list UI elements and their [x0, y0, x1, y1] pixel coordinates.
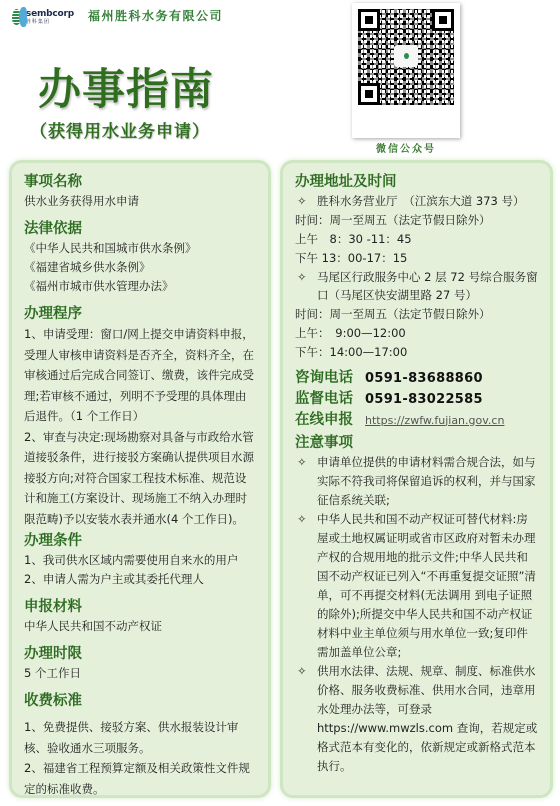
note-item: ✧ 中华人民共和国不动产权证可替代材料:房屋或土地权属证明或省市区政府对暂未办理… [295, 510, 538, 662]
afternoon-hours: 下午：14:00—17:00 [295, 343, 538, 362]
notes-heading: 注意事项 [295, 434, 538, 453]
location-item: ✧ 胜科水务营业厅 （江滨东大道 373 号） [295, 192, 538, 211]
qr-code-icon[interactable] [358, 9, 454, 105]
time-limit-heading: 办理时限 [24, 645, 256, 664]
logo-english-name: sembcorp [26, 10, 74, 19]
diamond-bullet-icon: ✧ [295, 662, 317, 776]
right-info-panel: 办理地址及时间 ✧ 胜科水务营业厅 （江滨东大道 373 号） 时间：周一至周五… [283, 163, 550, 795]
diamond-bullet-icon: ✧ [295, 192, 317, 211]
qr-finder-top-left [358, 9, 380, 31]
condition-item: 1、我司供水区域内需要使用自来水的用户 [24, 551, 256, 570]
supervise-phone-number[interactable]: 0591-83022585 [365, 389, 483, 410]
page-subtitle: （获得用水业务申请） [30, 117, 210, 142]
address-heading: 办理地址及时间 [295, 173, 538, 192]
note-item: ✧ 供用水法律、法规、规章、制度、标准供水价格、服务收费标准、供用水合同，违章用… [295, 662, 538, 776]
materials-heading: 申报材料 [24, 598, 256, 617]
fees-heading: 收费标准 [24, 692, 256, 711]
supervise-phone-row: 监督电话 0591-83022585 [295, 389, 538, 410]
location-text: 马尾区行政服务中心 2 层 72 号综合服务窗口（马尾区快安湖里路 27 号） [317, 268, 538, 305]
sembcorp-logo: sembcorp 胜科集团 [12, 4, 74, 30]
note-text: 供用水法律、法规、规章、制度、标准供水价格、服务收费标准、供用水合同，违章用水处… [317, 662, 538, 776]
online-apply-label: 在线申报 [295, 410, 365, 431]
procedure-step: 1、申请受理：窗口/网上提交申请资料申报，受理人审核申请资料是否齐全，资料齐全，… [24, 324, 256, 427]
hours-text: 时间：周一至周五（法定节假日除外） [295, 305, 538, 324]
qr-finder-bottom-left [358, 83, 380, 105]
left-info-panel: 事项名称 供水业务获得用水申请 法律依据 《中华人民共和国城市供水条例》 《福建… [12, 163, 268, 795]
qr-center-logo-icon [394, 45, 418, 67]
note-text: 中华人民共和国不动产权证可替代材料:房屋或土地权属证明或省市区政府对暂未办理产权… [317, 510, 538, 662]
qr-caption: 微信公众号 [352, 140, 460, 155]
logo-chinese-name: 胜科集团 [26, 20, 74, 25]
conditions-heading: 办理条件 [24, 532, 256, 551]
legal-basis-item: 《中华人民共和国城市供水条例》 [24, 239, 256, 258]
afternoon-hours: 下午 13：00-17：15 [295, 249, 538, 268]
legal-basis-item: 《福建省城乡供水条例》 [24, 258, 256, 277]
diamond-bullet-icon: ✧ [295, 268, 317, 305]
note-item: ✧ 申请单位提供的申请材料需合规合法，如与实际不符我司将保留追诉的权利，并与国家… [295, 453, 538, 510]
online-apply-link[interactable]: https://zwfw.fujian.gov.cn [365, 410, 504, 431]
item-name-heading: 事项名称 [24, 173, 256, 192]
location-text: 胜科水务营业厅 （江滨东大道 373 号） [317, 192, 538, 211]
materials-text: 中华人民共和国不动产权证 [24, 617, 256, 636]
fee-item: 2、福建省工程预算定额及相关政策性文件规定的标准收费。 [24, 758, 256, 799]
page-title: 办事指南 [38, 56, 214, 117]
item-name-text: 供水业务获得用水申请 [24, 192, 256, 211]
consult-phone-row: 咨询电话 0591-83688860 [295, 368, 538, 389]
morning-hours: 上午 8：30 -11：45 [295, 230, 538, 249]
hours-text: 时间：周一至周五（法定节假日除外） [295, 211, 538, 230]
consult-phone-number[interactable]: 0591-83688860 [365, 368, 483, 389]
fee-item: 1、免费提供、接驳方案、供水报装设计审核、验收通水三项服务。 [24, 717, 256, 758]
diamond-bullet-icon: ✧ [295, 510, 317, 662]
procedure-heading: 办理程序 [24, 305, 256, 324]
location-item: ✧ 马尾区行政服务中心 2 层 72 号综合服务窗口（马尾区快安湖里路 27 号… [295, 268, 538, 305]
company-name: 福州胜科水务有限公司 [88, 7, 223, 24]
wechat-qr-card: 微信公众号 [352, 3, 460, 138]
morning-hours: 上午： 9:00—12:00 [295, 324, 538, 343]
online-apply-row: 在线申报 https://zwfw.fujian.gov.cn [295, 410, 538, 431]
legal-basis-heading: 法律依据 [24, 220, 256, 239]
qr-finder-top-right [432, 9, 454, 31]
consult-phone-label: 咨询电话 [295, 368, 365, 389]
legal-basis-item: 《福州市城市供水管理办法》 [24, 277, 256, 296]
sembcorp-logo-icon [12, 6, 23, 28]
condition-item: 2、申请人需为户主或其委托代理人 [24, 570, 256, 589]
diamond-bullet-icon: ✧ [295, 453, 317, 510]
time-limit-text: 5 个工作日 [24, 664, 256, 683]
supervise-phone-label: 监督电话 [295, 389, 365, 410]
note-text: 申请单位提供的申请材料需合规合法，如与实际不符我司将保留追诉的权利，并与国家征信… [317, 453, 538, 510]
procedure-step: 2、审查与决定:现场勘察对具备与市政给水管道接驳条件，进行接驳方案确认提供项目水… [24, 427, 256, 530]
